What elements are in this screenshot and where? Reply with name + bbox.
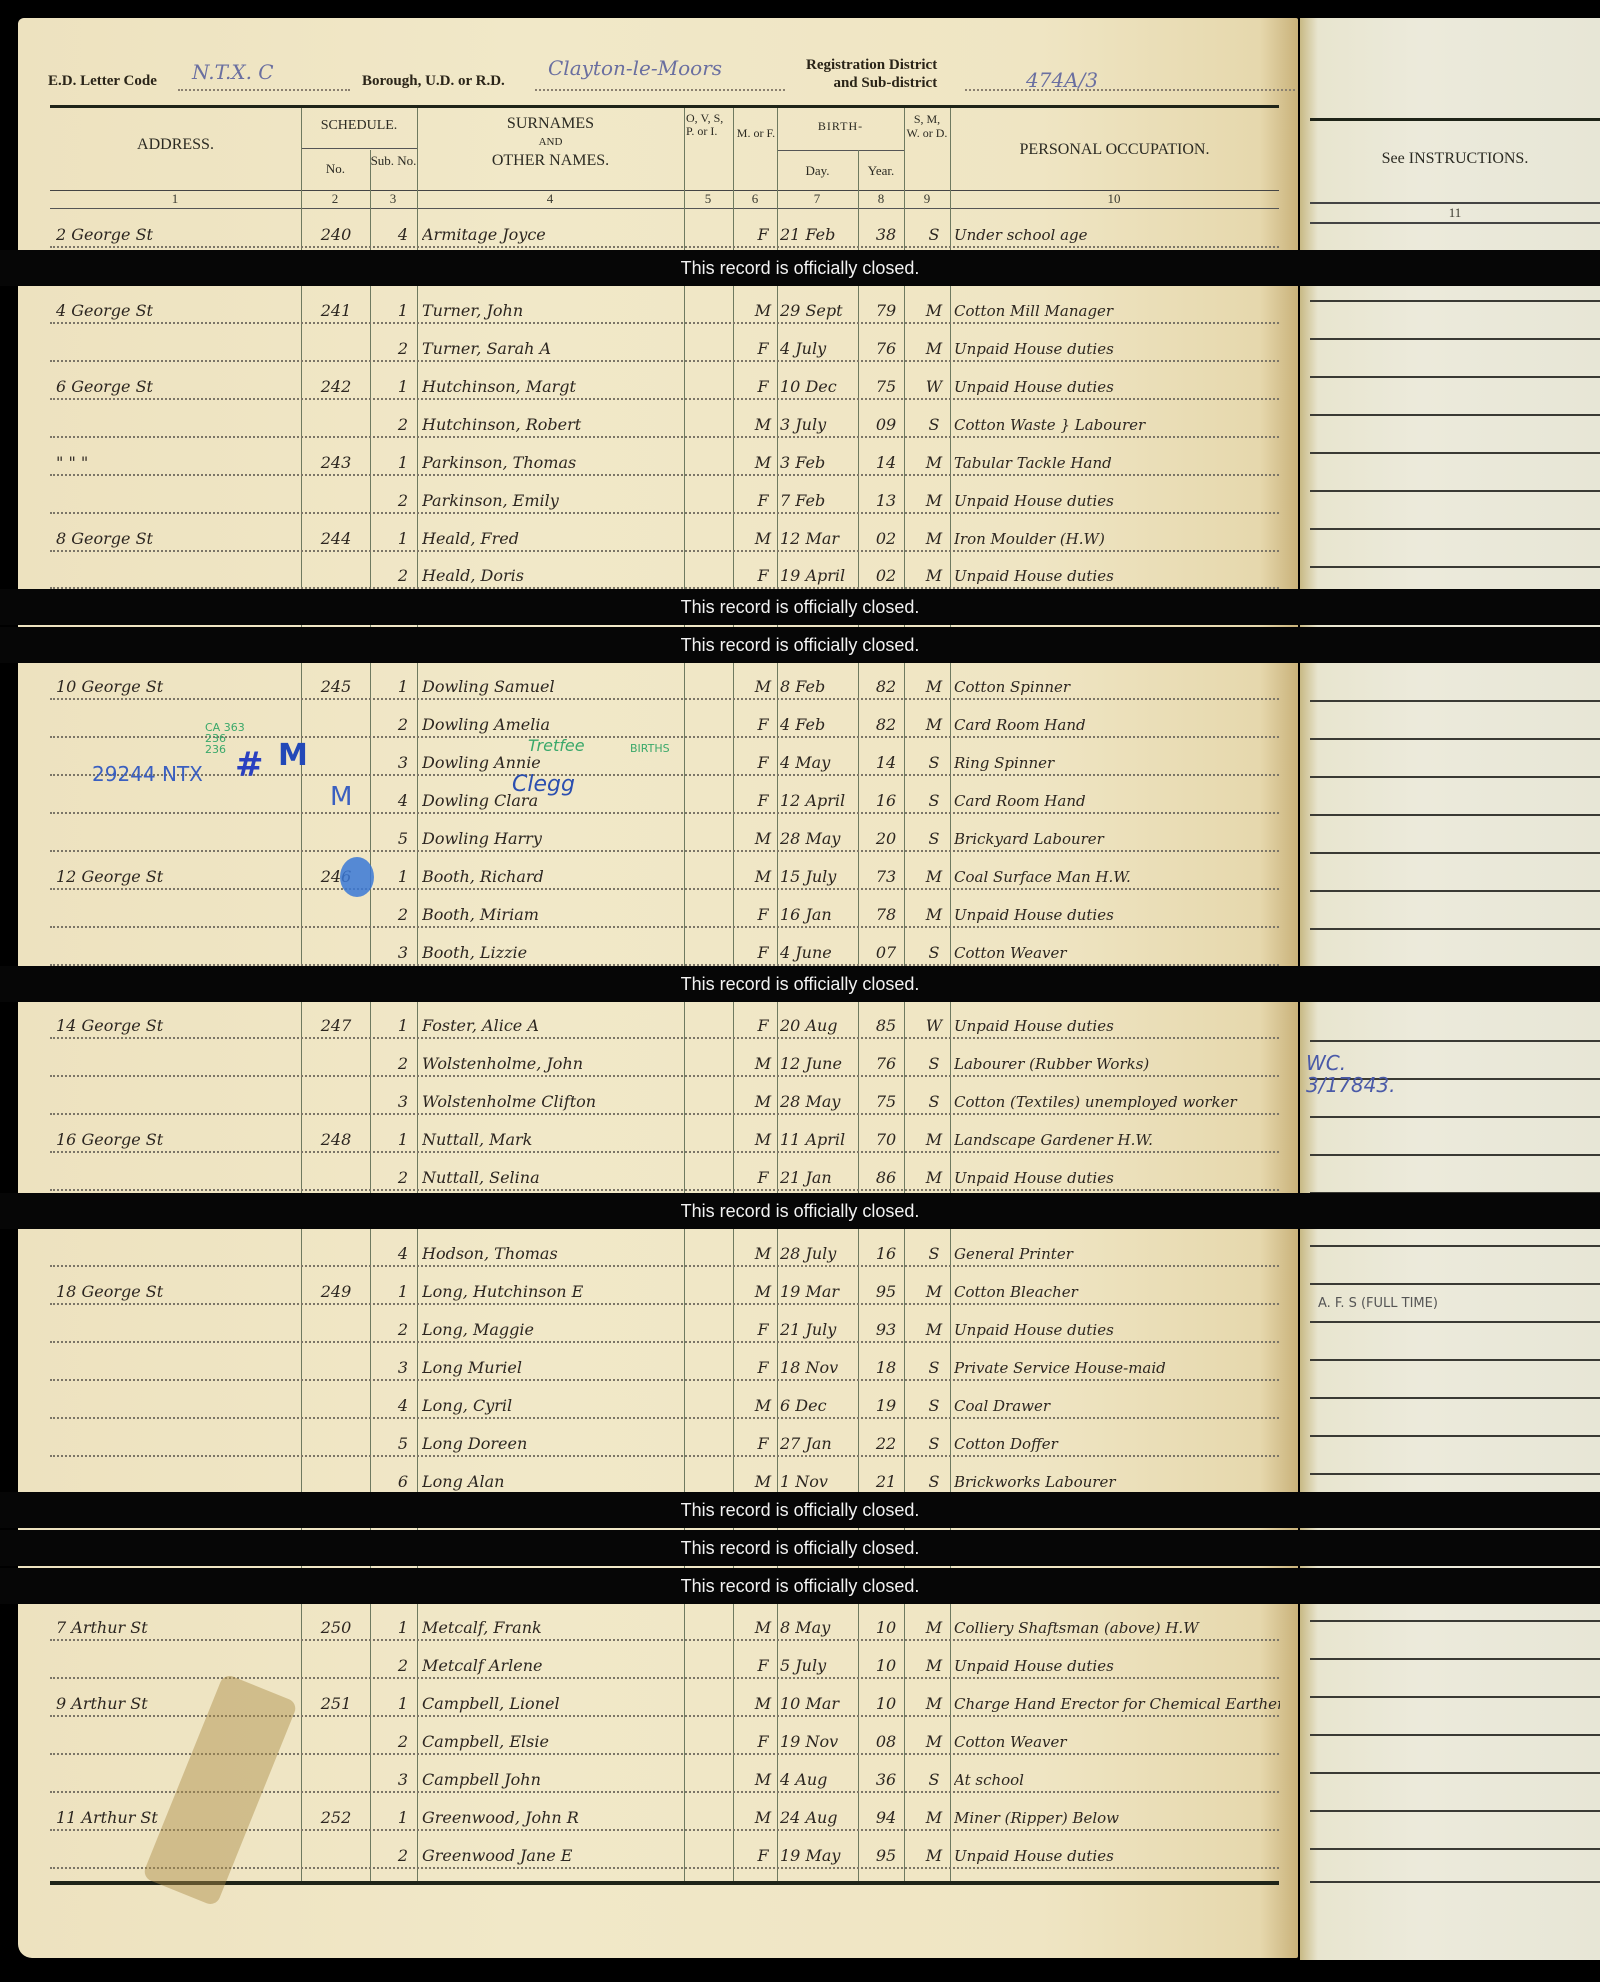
- birth-day-cell: 19 Nov: [780, 1732, 860, 1751]
- name-cell: Campbell John: [422, 1770, 687, 1789]
- name-cell: Dowling Samuel: [422, 677, 687, 696]
- right-page-rule: [1310, 1734, 1600, 1736]
- schedule-sub-cell: 2: [380, 1656, 426, 1675]
- schedule-sub-cell: 1: [380, 1130, 426, 1149]
- right-page-rule: [1310, 452, 1600, 454]
- name-cell: Greenwood Jane E: [422, 1846, 687, 1865]
- right-page-rule: [1310, 566, 1600, 568]
- right-page-rule: [1310, 414, 1600, 416]
- marital-status-cell: S: [912, 1092, 956, 1111]
- ed-letter-code-value: N.T.X. C: [192, 60, 274, 84]
- sex-cell: F: [742, 377, 784, 396]
- birth-day-cell: 16 Jan: [780, 905, 860, 924]
- schedule-sub-cell: 1: [380, 301, 426, 320]
- birth-year-cell: 19: [864, 1396, 908, 1415]
- marital-status-cell: M: [912, 1846, 956, 1865]
- marital-status-cell: S: [912, 1396, 956, 1415]
- sex-cell: M: [742, 1092, 784, 1111]
- right-page-rule: [1310, 376, 1600, 378]
- table-row: 2Parkinson, EmilyF7 Feb13MUnpaid House d…: [50, 476, 1279, 514]
- occupation-cell: Unpaid House duties: [954, 492, 1280, 510]
- col-names-line1: SURNAMES: [417, 115, 684, 133]
- birth-year-cell: 02: [864, 529, 908, 548]
- occupation-cell: Colliery Shaftsman (above) H.W: [954, 1619, 1280, 1637]
- sex-cell: F: [742, 1320, 784, 1339]
- schedule-sub-cell: 3: [380, 1358, 426, 1377]
- birth-day-cell: 4 Feb: [780, 715, 860, 734]
- marital-status-cell: S: [912, 1358, 956, 1377]
- marital-status-cell: S: [912, 415, 956, 434]
- birth-year-cell: 22: [864, 1434, 908, 1453]
- table-row: 16 George St2481Nuttall, MarkM11 April70…: [50, 1115, 1279, 1153]
- schedule-no-cell: 242: [302, 377, 370, 396]
- right-page-rule: [1310, 814, 1600, 816]
- table-row: 2Long, MaggieF21 July93MUnpaid House dut…: [50, 1305, 1279, 1343]
- schedule-sub-cell: 1: [380, 1282, 426, 1301]
- col-schedule: SCHEDULE.: [301, 118, 417, 134]
- schedule-sub-cell: 3: [380, 753, 426, 772]
- occupation-cell: Unpaid House duties: [954, 1657, 1280, 1675]
- schedule-no-cell: 247: [302, 1016, 370, 1035]
- sex-cell: F: [742, 1846, 784, 1865]
- occupation-cell: Card Room Hand: [954, 792, 1280, 810]
- schedule-sub-cell: 2: [380, 715, 426, 734]
- birth-year-cell: 82: [864, 715, 908, 734]
- right-page-rule: [1310, 338, 1600, 340]
- name-cell: Hutchinson, Robert: [422, 415, 687, 434]
- right-page-rule: [1310, 700, 1600, 702]
- birth-day-cell: 20 Aug: [780, 1016, 860, 1035]
- schedule-no-cell: 245: [302, 677, 370, 696]
- schedule-sub-cell: 4: [380, 225, 426, 244]
- schedule-no-cell: 240: [302, 225, 370, 244]
- occupation-cell: Under school age: [954, 226, 1280, 244]
- occupation-cell: Unpaid House duties: [954, 340, 1280, 358]
- birth-year-cell: 93: [864, 1320, 908, 1339]
- borough-label: Borough, U.D. or R.D.: [362, 73, 505, 90]
- birth-day-cell: 19 Mar: [780, 1282, 860, 1301]
- table-row: 8 George St2441Heald, FredM12 Mar02MIron…: [50, 514, 1279, 552]
- birth-day-cell: 29 Sept: [780, 301, 860, 320]
- birth-year-cell: 79: [864, 301, 908, 320]
- birth-year-cell: 07: [864, 943, 908, 962]
- schedule-sub-cell: 4: [380, 791, 426, 810]
- closed-record-bar: This record is officially closed.: [0, 966, 1600, 1002]
- registration-label-line1: Registration District: [806, 56, 937, 74]
- schedule-sub-cell: 1: [380, 1016, 426, 1035]
- birth-year-cell: 13: [864, 491, 908, 510]
- name-cell: Nuttall, Selina: [422, 1168, 687, 1187]
- right-page-rule: [1310, 1154, 1600, 1156]
- birth-year-cell: 95: [864, 1282, 908, 1301]
- column-number: 2: [315, 191, 355, 207]
- birth-day-cell: 5 July: [780, 1656, 860, 1675]
- marital-status-cell: M: [912, 1732, 956, 1751]
- marital-status-cell: M: [912, 339, 956, 358]
- birth-day-cell: 21 Feb: [780, 225, 860, 244]
- birth-day-cell: 3 July: [780, 415, 860, 434]
- column-number: 5: [688, 191, 728, 207]
- marital-status-cell: M: [912, 1320, 956, 1339]
- annotation-stamp-m-2: M: [330, 782, 352, 812]
- annotation-right-afs: A. F. S (FULL TIME): [1318, 1296, 1438, 1311]
- table-row: 2 George St2404Armitage JoyceF21 Feb38SU…: [50, 210, 1279, 248]
- birth-day-cell: 4 July: [780, 339, 860, 358]
- occupation-cell: Charge Hand Erector for Chemical Earthen…: [954, 1695, 1280, 1713]
- birth-day-cell: 1 Nov: [780, 1472, 860, 1491]
- name-cell: Heald, Fred: [422, 529, 687, 548]
- right-page-rule: [1310, 776, 1600, 778]
- sex-cell: F: [742, 225, 784, 244]
- annotation-green-note: CA 363 236 236: [205, 722, 245, 755]
- name-cell: Dowling Annie: [422, 753, 687, 772]
- occupation-cell: Unpaid House duties: [954, 906, 1280, 924]
- schedule-no-cell: 252: [302, 1808, 370, 1827]
- schedule-sub-cell: 4: [380, 1244, 426, 1263]
- birth-day-cell: 24 Aug: [780, 1808, 860, 1827]
- blue-ink-dot: [340, 857, 374, 897]
- right-header-rule: [1310, 118, 1600, 121]
- column-number: 1: [155, 191, 195, 207]
- name-cell: Turner, Sarah A: [422, 339, 687, 358]
- right-page-rule: [1310, 528, 1600, 530]
- marital-status-cell: S: [912, 753, 956, 772]
- sex-cell: M: [742, 1694, 784, 1713]
- col-instructions: See INSTRUCTIONS.: [1310, 150, 1600, 168]
- occupation-cell: Coal Drawer: [954, 1397, 1280, 1415]
- schedule-sub-cell: 2: [380, 566, 426, 585]
- schedule-no-cell: 248: [302, 1130, 370, 1149]
- table-row: 6 George St2421Hutchinson, MargtF10 Dec7…: [50, 362, 1279, 400]
- birth-year-cell: 76: [864, 339, 908, 358]
- sex-cell: M: [742, 677, 784, 696]
- sex-cell: F: [742, 905, 784, 924]
- sex-cell: F: [742, 566, 784, 585]
- col-schedule-sub: Sub. No.: [370, 154, 417, 169]
- table-row: 2Booth, MiriamF16 Jan78MUnpaid House dut…: [50, 890, 1279, 928]
- table-row: 4 George St2411Turner, JohnM29 Sept79MCo…: [50, 286, 1279, 324]
- marital-status-cell: M: [912, 491, 956, 510]
- table-row: 4Hodson, ThomasM28 July16SGeneral Printe…: [50, 1229, 1279, 1267]
- column-number: 10: [1094, 191, 1134, 207]
- sex-cell: F: [742, 1358, 784, 1377]
- name-cell: Heald, Doris: [422, 566, 687, 585]
- col-names-line2: AND: [417, 136, 684, 149]
- col-address: ADDRESS.: [50, 136, 301, 154]
- marital-status-cell: M: [912, 867, 956, 886]
- name-cell: Campbell, Lionel: [422, 1694, 687, 1713]
- birth-year-cell: 20: [864, 829, 908, 848]
- name-cell: Metcalf, Frank: [422, 1618, 687, 1637]
- sex-cell: M: [742, 529, 784, 548]
- occupation-cell: Coal Surface Man H.W.: [954, 868, 1280, 886]
- table-row: 2Hutchinson, RobertM3 July09SCotton Wast…: [50, 400, 1279, 438]
- registration-label: Registration District and Sub-district: [806, 56, 937, 92]
- birth-day-cell: 19 April: [780, 566, 860, 585]
- right-page-rule: [1310, 1473, 1600, 1475]
- schedule-sub-cell: 5: [380, 1434, 426, 1453]
- registration-dots: [965, 89, 1295, 91]
- schedule-divider: [301, 148, 417, 149]
- marital-status-cell: M: [912, 905, 956, 924]
- schedule-sub-cell: 1: [380, 867, 426, 886]
- birth-day-cell: 10 Dec: [780, 377, 860, 396]
- sex-cell: M: [742, 1472, 784, 1491]
- birth-day-cell: 28 May: [780, 829, 860, 848]
- birth-day-cell: 4 May: [780, 753, 860, 772]
- birth-year-cell: 76: [864, 1054, 908, 1073]
- name-cell: Long, Maggie: [422, 1320, 687, 1339]
- marital-status-cell: M: [912, 529, 956, 548]
- col-smwd: S, M, W. or D.: [906, 112, 948, 140]
- right-page-rule: [1310, 928, 1600, 930]
- marital-status-cell: S: [912, 1472, 956, 1491]
- schedule-sub-cell: 2: [380, 1168, 426, 1187]
- sex-cell: M: [742, 1282, 784, 1301]
- col-birth-year: Year.: [858, 164, 904, 179]
- schedule-sub-cell: 1: [380, 377, 426, 396]
- name-cell: Turner, John: [422, 301, 687, 320]
- birth-day-cell: 8 Feb: [780, 677, 860, 696]
- schedule-sub-cell: 3: [380, 1770, 426, 1789]
- name-cell: Wolstenholme Clifton: [422, 1092, 687, 1111]
- name-cell: Long Doreen: [422, 1434, 687, 1453]
- col-number-rule-bottom: [50, 208, 1279, 209]
- birth-divider: [777, 150, 904, 151]
- schedule-sub-cell: 2: [380, 415, 426, 434]
- birth-year-cell: 10: [864, 1694, 908, 1713]
- table-row: 3Booth, LizzieF4 June07SCotton Weaver: [50, 928, 1279, 966]
- schedule-sub-cell: 2: [380, 1320, 426, 1339]
- schedule-sub-cell: 1: [380, 677, 426, 696]
- column-number: 6: [735, 191, 775, 207]
- annotation-stamp-m-1: M: [278, 738, 308, 773]
- occupation-cell: Labourer (Rubber Works): [954, 1055, 1280, 1073]
- registration-label-line2: and Sub-district: [806, 74, 937, 92]
- birth-day-cell: 4 June: [780, 943, 860, 962]
- occupation-cell: Cotton (Textiles) unemployed worker: [954, 1093, 1280, 1111]
- table-row: 4Long, CyrilM6 Dec19SCoal Drawer: [50, 1381, 1279, 1419]
- occupation-cell: Unpaid House duties: [954, 1169, 1280, 1187]
- table-row: 2Heald, DorisF19 April02MUnpaid House du…: [50, 551, 1279, 589]
- birth-year-cell: 16: [864, 1244, 908, 1263]
- sex-cell: F: [742, 491, 784, 510]
- birth-year-cell: 02: [864, 566, 908, 585]
- table-row: " " "2431Parkinson, ThomasM3 Feb14MTabul…: [50, 438, 1279, 476]
- birth-year-cell: 16: [864, 791, 908, 810]
- birth-day-cell: 15 July: [780, 867, 860, 886]
- schedule-sub-cell: 1: [380, 1618, 426, 1637]
- occupation-cell: Card Room Hand: [954, 716, 1280, 734]
- birth-day-cell: 12 April: [780, 791, 860, 810]
- occupation-cell: Cotton Bleacher: [954, 1283, 1280, 1301]
- sex-cell: F: [742, 1732, 784, 1751]
- sex-cell: F: [742, 943, 784, 962]
- name-cell: Parkinson, Emily: [422, 491, 687, 510]
- schedule-sub-cell: 1: [380, 1808, 426, 1827]
- schedule-sub-cell: 1: [380, 453, 426, 472]
- schedule-sub-cell: 5: [380, 829, 426, 848]
- marital-status-cell: M: [912, 1656, 956, 1675]
- sex-cell: F: [742, 1016, 784, 1035]
- table-row: 5Dowling HarryM28 May20SBrickyard Labour…: [50, 814, 1279, 852]
- column-number: 9: [907, 191, 947, 207]
- table-row: 2Turner, Sarah AF4 July76MUnpaid House d…: [50, 324, 1279, 362]
- birth-day-cell: 7 Feb: [780, 491, 860, 510]
- table-row: 5Long DoreenF27 Jan22SCotton Doffer: [50, 1419, 1279, 1457]
- right-page-rule: [1310, 1397, 1600, 1399]
- right-page-rule: [1310, 1116, 1600, 1118]
- schedule-sub-cell: 2: [380, 339, 426, 358]
- row-dotted-rule: [50, 246, 1279, 248]
- sex-cell: F: [742, 753, 784, 772]
- schedule-sub-cell: 3: [380, 943, 426, 962]
- occupation-cell: Unpaid House duties: [954, 1847, 1280, 1865]
- right-page-rule: [1310, 1881, 1600, 1883]
- birth-year-cell: 94: [864, 1808, 908, 1827]
- name-cell: Parkinson, Thomas: [422, 453, 687, 472]
- schedule-sub-cell: 6: [380, 1472, 426, 1491]
- birth-year-cell: 75: [864, 1092, 908, 1111]
- sex-cell: F: [742, 715, 784, 734]
- birth-year-cell: 73: [864, 867, 908, 886]
- right-page-rule: [1310, 1283, 1600, 1285]
- marital-status-cell: S: [912, 943, 956, 962]
- name-cell: Dowling Amelia: [422, 715, 687, 734]
- occupation-cell: Unpaid House duties: [954, 1017, 1280, 1035]
- occupation-cell: Cotton Weaver: [954, 944, 1280, 962]
- column-number: 4: [530, 191, 570, 207]
- closed-record-bar: This record is officially closed.: [0, 250, 1600, 286]
- name-cell: Long, Cyril: [422, 1396, 687, 1415]
- name-cell: Campbell, Elsie: [422, 1732, 687, 1751]
- annotation-births: BIRTHS: [630, 742, 670, 755]
- birth-year-cell: 38: [864, 225, 908, 244]
- schedule-sub-cell: 2: [380, 1732, 426, 1751]
- marital-status-cell: M: [912, 1694, 956, 1713]
- birth-year-cell: 10: [864, 1656, 908, 1675]
- marital-status-cell: W: [912, 1016, 956, 1035]
- sex-cell: M: [742, 453, 784, 472]
- right-page-rule: [1310, 738, 1600, 740]
- birth-year-cell: 14: [864, 753, 908, 772]
- marital-status-cell: M: [912, 1282, 956, 1301]
- marital-status-cell: S: [912, 1770, 956, 1789]
- marital-status-cell: W: [912, 377, 956, 396]
- column-number: 7: [797, 191, 837, 207]
- schedule-no-cell: 243: [302, 453, 370, 472]
- birth-year-cell: 08: [864, 1732, 908, 1751]
- schedule-sub-cell: 1: [380, 1694, 426, 1713]
- schedule-no-cell: 251: [302, 1694, 370, 1713]
- table-row: 18 George St2491Long, Hutchinson EM19 Ma…: [50, 1267, 1279, 1305]
- schedule-no-cell: 249: [302, 1282, 370, 1301]
- schedule-sub-cell: 2: [380, 1846, 426, 1865]
- marital-status-cell: M: [912, 1808, 956, 1827]
- col-occupation: PERSONAL OCCUPATION.: [950, 141, 1279, 159]
- table-row: 6Long AlanM1 Nov21SBrickworks Labourer: [50, 1457, 1279, 1495]
- birth-day-cell: 18 Nov: [780, 1358, 860, 1377]
- occupation-cell: Cotton Waste } Labourer: [954, 416, 1280, 434]
- col-names: SURNAMES AND OTHER NAMES.: [417, 115, 684, 170]
- occupation-cell: Miner (Ripper) Below: [954, 1809, 1280, 1827]
- closed-record-bar: This record is officially closed.: [0, 1568, 1600, 1604]
- marital-status-cell: S: [912, 225, 956, 244]
- birth-year-cell: 09: [864, 415, 908, 434]
- name-cell: Hodson, Thomas: [422, 1244, 687, 1263]
- birth-day-cell: 28 July: [780, 1244, 860, 1263]
- closed-record-bar: This record is officially closed.: [0, 1530, 1600, 1566]
- name-cell: Greenwood, John R: [422, 1808, 687, 1827]
- birth-year-cell: 10: [864, 1618, 908, 1637]
- schedule-sub-cell: 3: [380, 1092, 426, 1111]
- birth-year-cell: 85: [864, 1016, 908, 1035]
- right-page-rule: [1310, 1359, 1600, 1361]
- sex-cell: M: [742, 301, 784, 320]
- right-number-rule-top: [1310, 202, 1600, 204]
- schedule-sub-cell: 2: [380, 905, 426, 924]
- ed-letter-code-label: E.D. Letter Code: [48, 73, 157, 90]
- col-birth-day: Day.: [777, 164, 858, 179]
- right-page-rule: [1310, 1435, 1600, 1437]
- closed-record-bar: This record is officially closed.: [0, 1492, 1600, 1528]
- table-row: 10 George St2451Dowling SamuelM8 Feb82MC…: [50, 662, 1279, 700]
- birth-day-cell: 3 Feb: [780, 453, 860, 472]
- occupation-cell: Cotton Spinner: [954, 678, 1280, 696]
- right-page-rule: [1310, 852, 1600, 854]
- occupation-cell: Tabular Tackle Hand: [954, 454, 1280, 472]
- sex-cell: M: [742, 1054, 784, 1073]
- column-number: 11: [1435, 205, 1475, 221]
- closed-record-bar: This record is officially closed.: [0, 589, 1600, 625]
- birth-year-cell: 75: [864, 377, 908, 396]
- birth-day-cell: 12 June: [780, 1054, 860, 1073]
- schedule-sub-cell: 4: [380, 1396, 426, 1415]
- occupation-cell: Cotton Mill Manager: [954, 302, 1280, 320]
- sex-cell: F: [742, 1434, 784, 1453]
- right-page-rule: [1310, 1772, 1600, 1774]
- birth-year-cell: 21: [864, 1472, 908, 1491]
- right-page-rule: [1310, 1620, 1600, 1622]
- header-rule: [50, 105, 1279, 108]
- name-cell: Wolstenholme, John: [422, 1054, 687, 1073]
- name-cell: Booth, Richard: [422, 867, 687, 886]
- right-page-rule: [1310, 1810, 1600, 1812]
- occupation-cell: Brickyard Labourer: [954, 830, 1280, 848]
- birth-day-cell: 4 Aug: [780, 1770, 860, 1789]
- right-page-rule: [1310, 890, 1600, 892]
- col-names-line3: OTHER NAMES.: [417, 152, 684, 170]
- occupation-cell: Ring Spinner: [954, 754, 1280, 772]
- marital-status-cell: M: [912, 1168, 956, 1187]
- occupation-cell: Unpaid House duties: [954, 567, 1280, 585]
- birth-year-cell: 70: [864, 1130, 908, 1149]
- birth-day-cell: 21 Jan: [780, 1168, 860, 1187]
- schedule-sub-cell: 1: [380, 529, 426, 548]
- ed-letter-code-dots: [178, 89, 350, 91]
- col-schedule-no: No.: [301, 162, 370, 177]
- marital-status-cell: S: [912, 829, 956, 848]
- occupation-cell: Private Service House-maid: [954, 1359, 1280, 1377]
- sex-cell: M: [742, 1808, 784, 1827]
- name-cell: Long Alan: [422, 1472, 687, 1491]
- table-row: 3Long MurielF18 Nov18SPrivate Service Ho…: [50, 1343, 1279, 1381]
- birth-year-cell: 86: [864, 1168, 908, 1187]
- name-cell: Booth, Miriam: [422, 905, 687, 924]
- birth-year-cell: 82: [864, 677, 908, 696]
- borough-dots: [535, 89, 785, 91]
- marital-status-cell: S: [912, 1434, 956, 1453]
